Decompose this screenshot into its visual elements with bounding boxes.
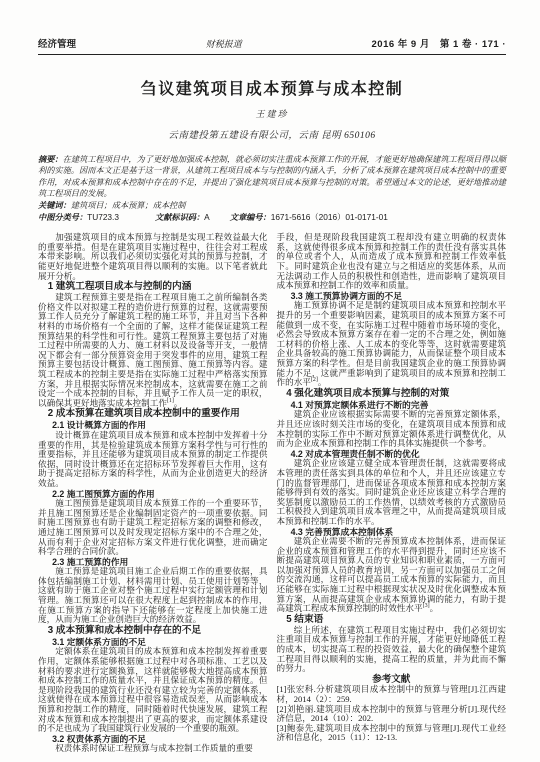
section-heading: 4 强化建筑项目成本预算与控制的对策 [277,388,507,400]
article-id-label: 文章编号： [230,213,271,222]
page-title: 刍议建筑项目成本预算与成本控制 [38,76,506,99]
keywords-text: 建筑项目；成本预算；成本控制 [71,201,186,210]
paragraph: 建筑工程预算主要是指在工程项目施工之前所编制各类价格文件以对拟建工程的造价进行预… [38,293,268,408]
paragraph: 建筑企业需要不断的完善预算成本控制体系，进而保证企业的成本预算和管理工作的水平得… [277,537,507,614]
reference-item: [2]刘艳丽.建筑项目成本控制中的预算与管理分析[J].现代经济信息，2014（… [277,705,507,724]
keywords-label: 关键词： [38,201,71,210]
classification-line: 中图分类号：TU723.3 文献标识码：A 文章编号：1671-5616（201… [38,212,506,223]
paper-page: 经济管理 财税报道 2016 年 9 月 第 1 卷 · 171 · 刍议建筑项… [0,0,540,762]
paragraph: 加强建筑项目的成本预算与控制是实现工程效益最大化的重要举措。但是在建筑项目实施过… [38,233,268,281]
doc-code-value: A [204,212,210,222]
reference-item: [3]鲍泰先.建筑项目成本控制中的预算与管理[J].现代工业经济和信息化，201… [277,724,507,743]
paragraph: 施工预算是建筑项目施工企业后期工作的重要依据，具体包括编制施工计划、材料需用计划… [38,567,268,625]
clc-label: 中图分类号： [38,213,87,222]
article-meta: 摘要：在建筑工程项目中，为了更好地加强成本控制，就必须切实注重成本预算工作的开展… [38,154,506,223]
paragraph: 设计概算在建筑项目成本预算和成本控制中发挥着十分重要的作用，其是检验建筑成本预算… [38,431,268,489]
paragraph: 施工图预算是建筑项目成本预算工作的一个重要环节，并且施工图预算还是企业编制固定资… [38,499,268,557]
paragraph: 建筑企业应该建立健全成本管理责任制，这就需要将成本管理的责任落实到具体的单位和个… [277,459,507,526]
paragraph: 综上所述，在建筑工程项目实施过程中，我们必须切实注重项目成本预算与控制工作的开展… [277,626,507,674]
abstract: 摘要：在建筑工程项目中，为了更好地加强成本控制，就必须切实注重成本预算工作的开展… [38,154,506,199]
column-1: 加强建筑项目的成本预算与控制是实现工程效益最大化的重要举措。但是在建筑项目实施过… [38,233,268,754]
doc-code-label: 文献标识码： [155,213,204,222]
author-name: 王建珍 [38,107,506,120]
keywords: 关键词：建筑项目；成本预算；成本控制 [38,200,506,211]
abstract-label: 摘要： [38,155,63,164]
abstract-text: 在建筑工程项目中，为了更好地加强成本控制，就必须切实注重成本预算工作的开展，才能… [38,155,506,198]
journal-section-label: 经济管理 [38,36,76,50]
paragraph: 定额体系在建筑项目的成本预算和成本控制发挥着重要作用，定额体系能够根据施工过程中… [38,647,268,733]
journal-column-label: 财税报道 [206,37,242,50]
article-body: 加强建筑项目的成本预算与控制是实现工程效益最大化的重要举措。但是在建筑项目实施过… [38,233,506,754]
paragraph: 建筑企业应该根据实际需要不断的完善预算定额体系，并且还应该时刻关注市场的变化，在… [277,410,507,448]
paragraph: 手段，但是现阶段我国建筑工程却没有建立明确的权责体系，这就使得很多成本预算和控制… [277,233,507,291]
column-2: 手段，但是现阶段我国建筑工程却没有建立明确的权责体系，这就使得很多成本预算和控制… [277,233,507,754]
journal-header: 经济管理 财税报道 2016 年 9 月 第 1 卷 · 171 · [38,36,506,55]
section-heading: 2 成本预算在建筑项目成本控制中的重要作用 [38,408,268,420]
section-heading: 3 成本预算和成本控制中存在的不足 [38,625,268,637]
reference-item: [1]张宏科.分析建筑项目成本控制中的预算与管理[J].江西建材，2014（2）… [277,685,507,704]
paragraph: 施工预算协调不足是制约建筑项目成本预算和控制水平提升的另一个重要影响因素，建筑项… [277,301,507,387]
paragraph: 权责体系时保证工程预算与成本控制工作质量的重要 [38,744,268,754]
article-id-value: 1671-5616（2016）01-0171-01 [271,212,388,222]
author-affiliation: 云南建投第五建设有限公司，云南 昆明 650106 [38,127,506,141]
journal-issue-page: 2016 年 9 月 第 1 卷 · 171 · [372,36,507,50]
clc-value: TU723.3 [87,212,119,222]
